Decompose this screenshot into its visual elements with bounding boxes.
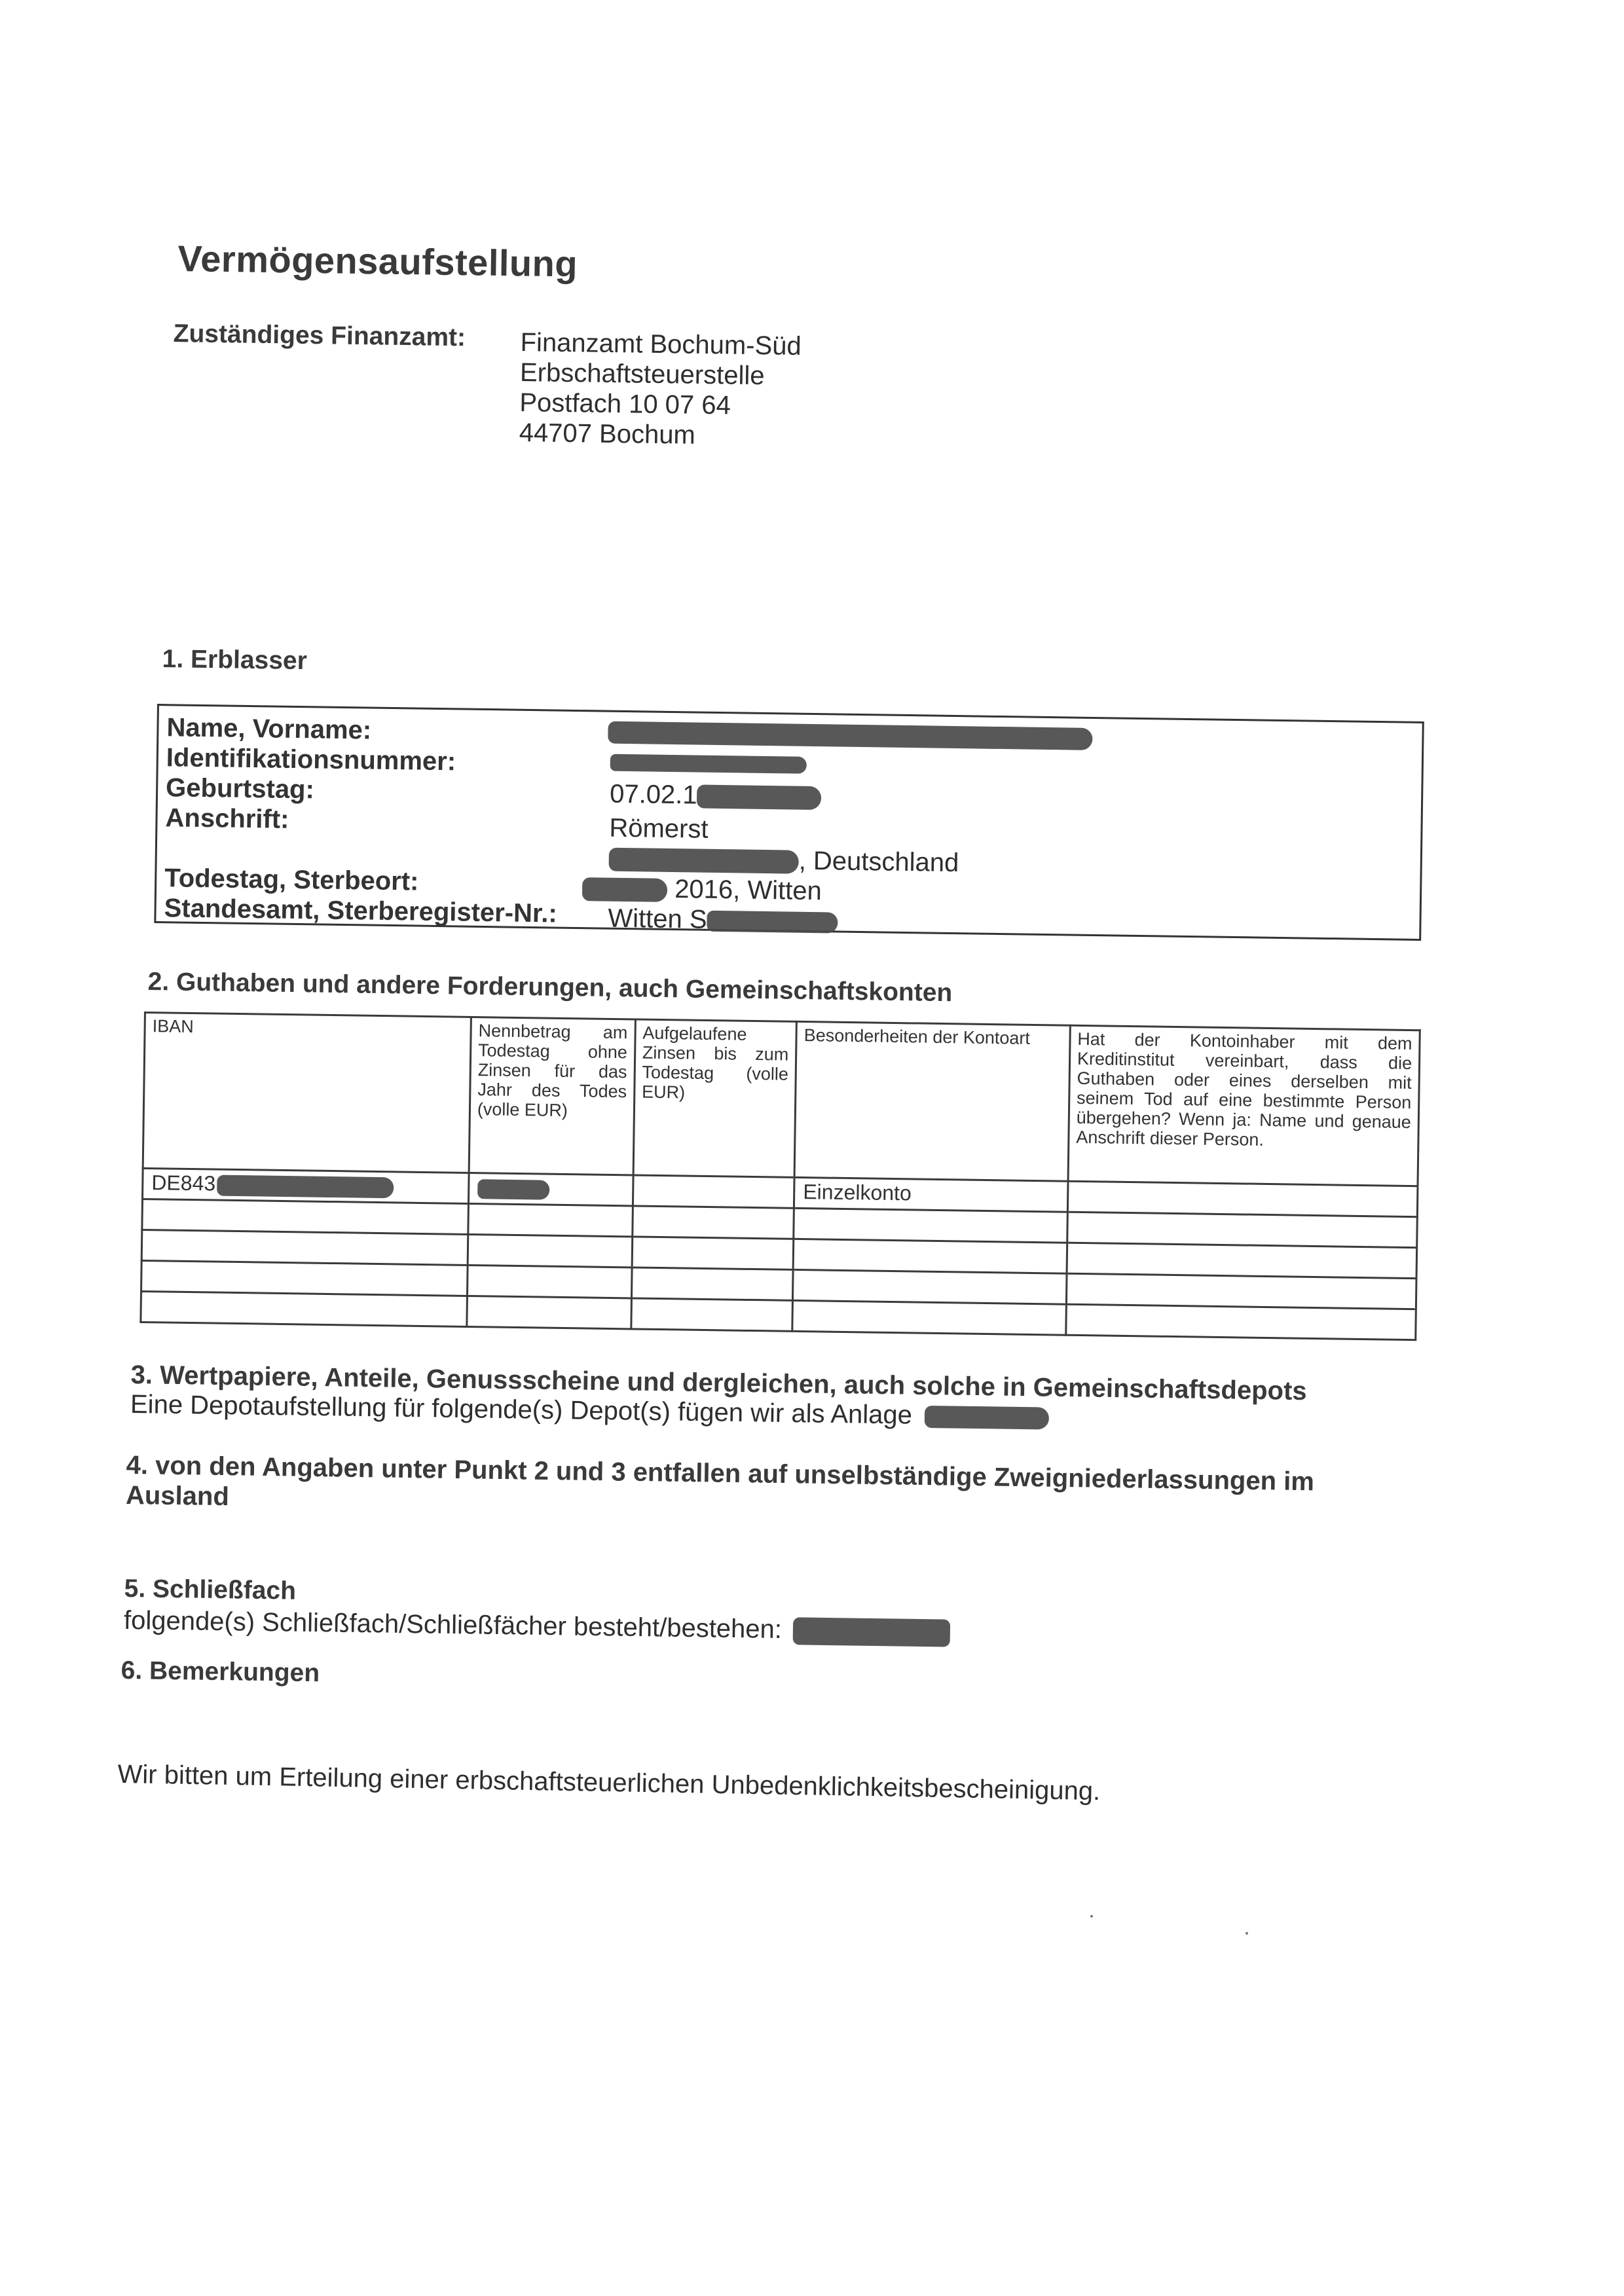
tax-office-line: Finanzamt Bochum-Süd [520,327,802,361]
redaction-mark [608,848,798,874]
field-label-death: Todestag, Sterbeort: [164,863,558,898]
section3: 3. Wertpapiere, Anteile, Genussscheine u… [130,1360,1307,1436]
deceased-info-box: Name, Vorname: Identifikationsnummer: Ge… [154,704,1424,941]
section2-title: 2. Guthaben und andere Forderungen, auch… [147,968,952,1008]
field-label-birthday: Geburtstag: [166,773,559,808]
table-cell [468,1203,633,1236]
table-cell [141,1230,468,1265]
redaction-mark [477,1179,549,1200]
section1-title: 1. Erblasser [162,645,307,676]
redaction-mark [925,1406,1049,1430]
field-label-address: Anschrift: [165,803,559,838]
redaction-mark [697,785,821,811]
redaction-mark [793,1618,951,1647]
registry-value: Witten S [608,904,707,934]
table-cell [468,1234,632,1267]
table-cell-account-type: Einzelkonto [794,1177,1067,1212]
table-cell [141,1260,468,1296]
section5: 5. Schließfach folgende(s) Schließfach/S… [124,1575,951,1647]
document-title: Vermögensaufstellung [177,237,578,285]
table-cell [632,1237,794,1269]
scan-speck [1090,1915,1093,1918]
table-cell [1067,1243,1417,1278]
address-street-value: Römerst [609,814,709,844]
table-header-row: IBAN Nennbetrag am Todestag ohne Zinsen … [143,1013,1420,1186]
column-header-iban: IBAN [143,1013,471,1173]
section6-title: 6. Bemerkungen [120,1656,320,1688]
redaction-mark [707,911,838,934]
table-cell [631,1267,793,1300]
table-cell-interest [633,1175,794,1208]
redaction-mark [608,721,1092,750]
table-cell [793,1269,1067,1304]
table-cell-nominal [468,1173,633,1205]
table-cell [141,1291,468,1326]
table-cell [794,1208,1067,1243]
table-cell [1067,1212,1418,1247]
deceased-labels: Name, Vorname: Identifikationsnummer: Ge… [164,712,560,928]
table-cell [631,1298,793,1331]
document-page: Vermögensaufstellung Zuständiges Finanza… [0,0,1624,2296]
column-header-beneficiary: Hat der Kontoinhaber mit dem Kreditinsti… [1068,1025,1420,1186]
field-label-id: Identifikationsnummer: [166,742,560,778]
iban-value: DE843 [151,1171,215,1195]
deceased-values: 07.02.1 Römerst , Deutschland 2016, Witt… [608,712,1093,940]
table-cell-beneficiary [1067,1181,1418,1216]
tax-office-line: Postfach 10 07 64 [519,388,801,422]
table-cell [792,1300,1066,1335]
tax-office-label: Zuständiges Finanzamt: [173,319,466,352]
accounts-table: IBAN Nennbetrag am Todestag ohne Zinsen … [139,1011,1420,1341]
table-cell [142,1199,469,1234]
death-value: 2016, Witten [674,875,822,905]
section4: 4. von den Angaben unter Punkt 2 und 3 e… [126,1450,1314,1527]
field-label-name: Name, Vorname: [166,712,560,748]
tax-office-line: 44707 Bochum [519,418,800,452]
table-cell [633,1206,794,1239]
table-cell [793,1239,1067,1273]
table-cell [467,1265,631,1298]
table-cell-iban: DE843 [142,1168,469,1203]
table-cell [1066,1273,1416,1309]
redaction-mark [582,878,667,903]
section5-text: folgende(s) Schließfach/Schließfächer be… [124,1606,783,1644]
column-header-account-type: Besonderheiten der Kontoart [794,1021,1070,1181]
birthday-value: 07.02.1 [610,780,697,810]
tax-office-line: Erbschaftsteuerstelle [520,357,802,392]
scan-speck [1246,1932,1248,1935]
closing-request: Wir bitten um Erteilung einer erbschafts… [117,1760,1100,1806]
tax-office-address: Finanzamt Bochum-Süd Erbschaftsteuerstel… [519,327,802,452]
table-cell [1066,1304,1416,1339]
table-cell [467,1296,631,1328]
column-header-interest: Aufgelaufene Zinsen bis zum Todestag (vo… [633,1019,797,1177]
address-country-value: , Deutschland [798,847,959,877]
field-label-registry: Standesamt, Sterberegister-Nr.: [164,893,557,928]
column-header-nominal: Nennbetrag am Todestag ohne Zinsen für d… [469,1017,635,1175]
redaction-mark [217,1175,394,1198]
redaction-mark [610,754,807,774]
